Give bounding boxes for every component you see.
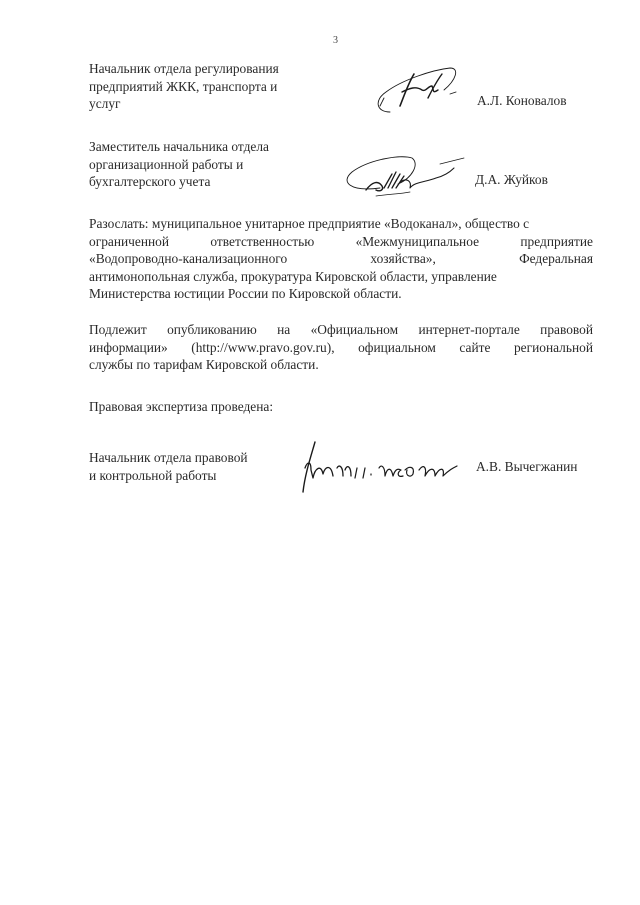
title-line: услуг (89, 95, 329, 113)
title-line: Начальник отдела регулирования (89, 60, 329, 78)
distribution-line: антимонопольная служба, прокуратура Киро… (89, 268, 593, 286)
signatory-name-1: А.Л. Коновалов (477, 93, 567, 109)
distribution-paragraph: Разослать: муниципальное унитарное предп… (89, 215, 593, 303)
title-line: организационной работы и (89, 156, 329, 174)
signatory-title-2: Заместитель начальника отдела организаци… (89, 138, 329, 191)
publication-line: Подлежит опубликованию на «Официальном и… (89, 321, 593, 339)
distribution-line: «Водопроводно-канализационного хозяйства… (89, 250, 593, 268)
distribution-line: Разослать: муниципальное унитарное предп… (89, 215, 593, 233)
text-span: Разослать: муниципальное унитарное предп… (89, 215, 529, 233)
text-span: ограниченной (89, 233, 169, 251)
signatory-name-2: Д.А. Жуйков (475, 172, 548, 188)
text-span: хозяйства», (370, 250, 435, 268)
publication-line: информации» (http://www.pravo.gov.ru), о… (89, 339, 593, 357)
distribution-line: ограниченной ответственностью «Межмуници… (89, 233, 593, 251)
text-span: Федеральная (519, 250, 593, 268)
distribution-line: Министерства юстиции России по Кировской… (89, 285, 593, 303)
legal-reviewer-name: А.В. Вычегжанин (476, 459, 577, 475)
text-span: антимонопольная служба, прокуратура Киро… (89, 268, 497, 286)
title-line: Заместитель начальника отдела (89, 138, 329, 156)
signature-vychegzhanin-icon (293, 440, 463, 495)
text-span: «Водопроводно-канализационного (89, 250, 287, 268)
title-line: предприятий ЖКК, транспорта и (89, 78, 329, 96)
signature-konovalov-icon (372, 62, 462, 117)
publication-line: службы по тарифам Кировской области. (89, 356, 593, 374)
page-number: 3 (333, 35, 338, 46)
text-span: ответственностью (210, 233, 314, 251)
text-span: Министерства юстиции России по Кировской… (89, 286, 402, 301)
text-span: «Межмуниципальное (356, 233, 479, 251)
signature-zhuikov-icon (340, 152, 475, 207)
publication-paragraph: Подлежит опубликованию на «Официальном и… (89, 321, 593, 374)
text-span: предприятие (520, 233, 593, 251)
signatory-title-1: Начальник отдела регулирования предприят… (89, 60, 329, 113)
title-line: бухгалтерского учета (89, 173, 329, 191)
legal-review-heading: Правовая экспертиза проведена: (89, 398, 273, 416)
